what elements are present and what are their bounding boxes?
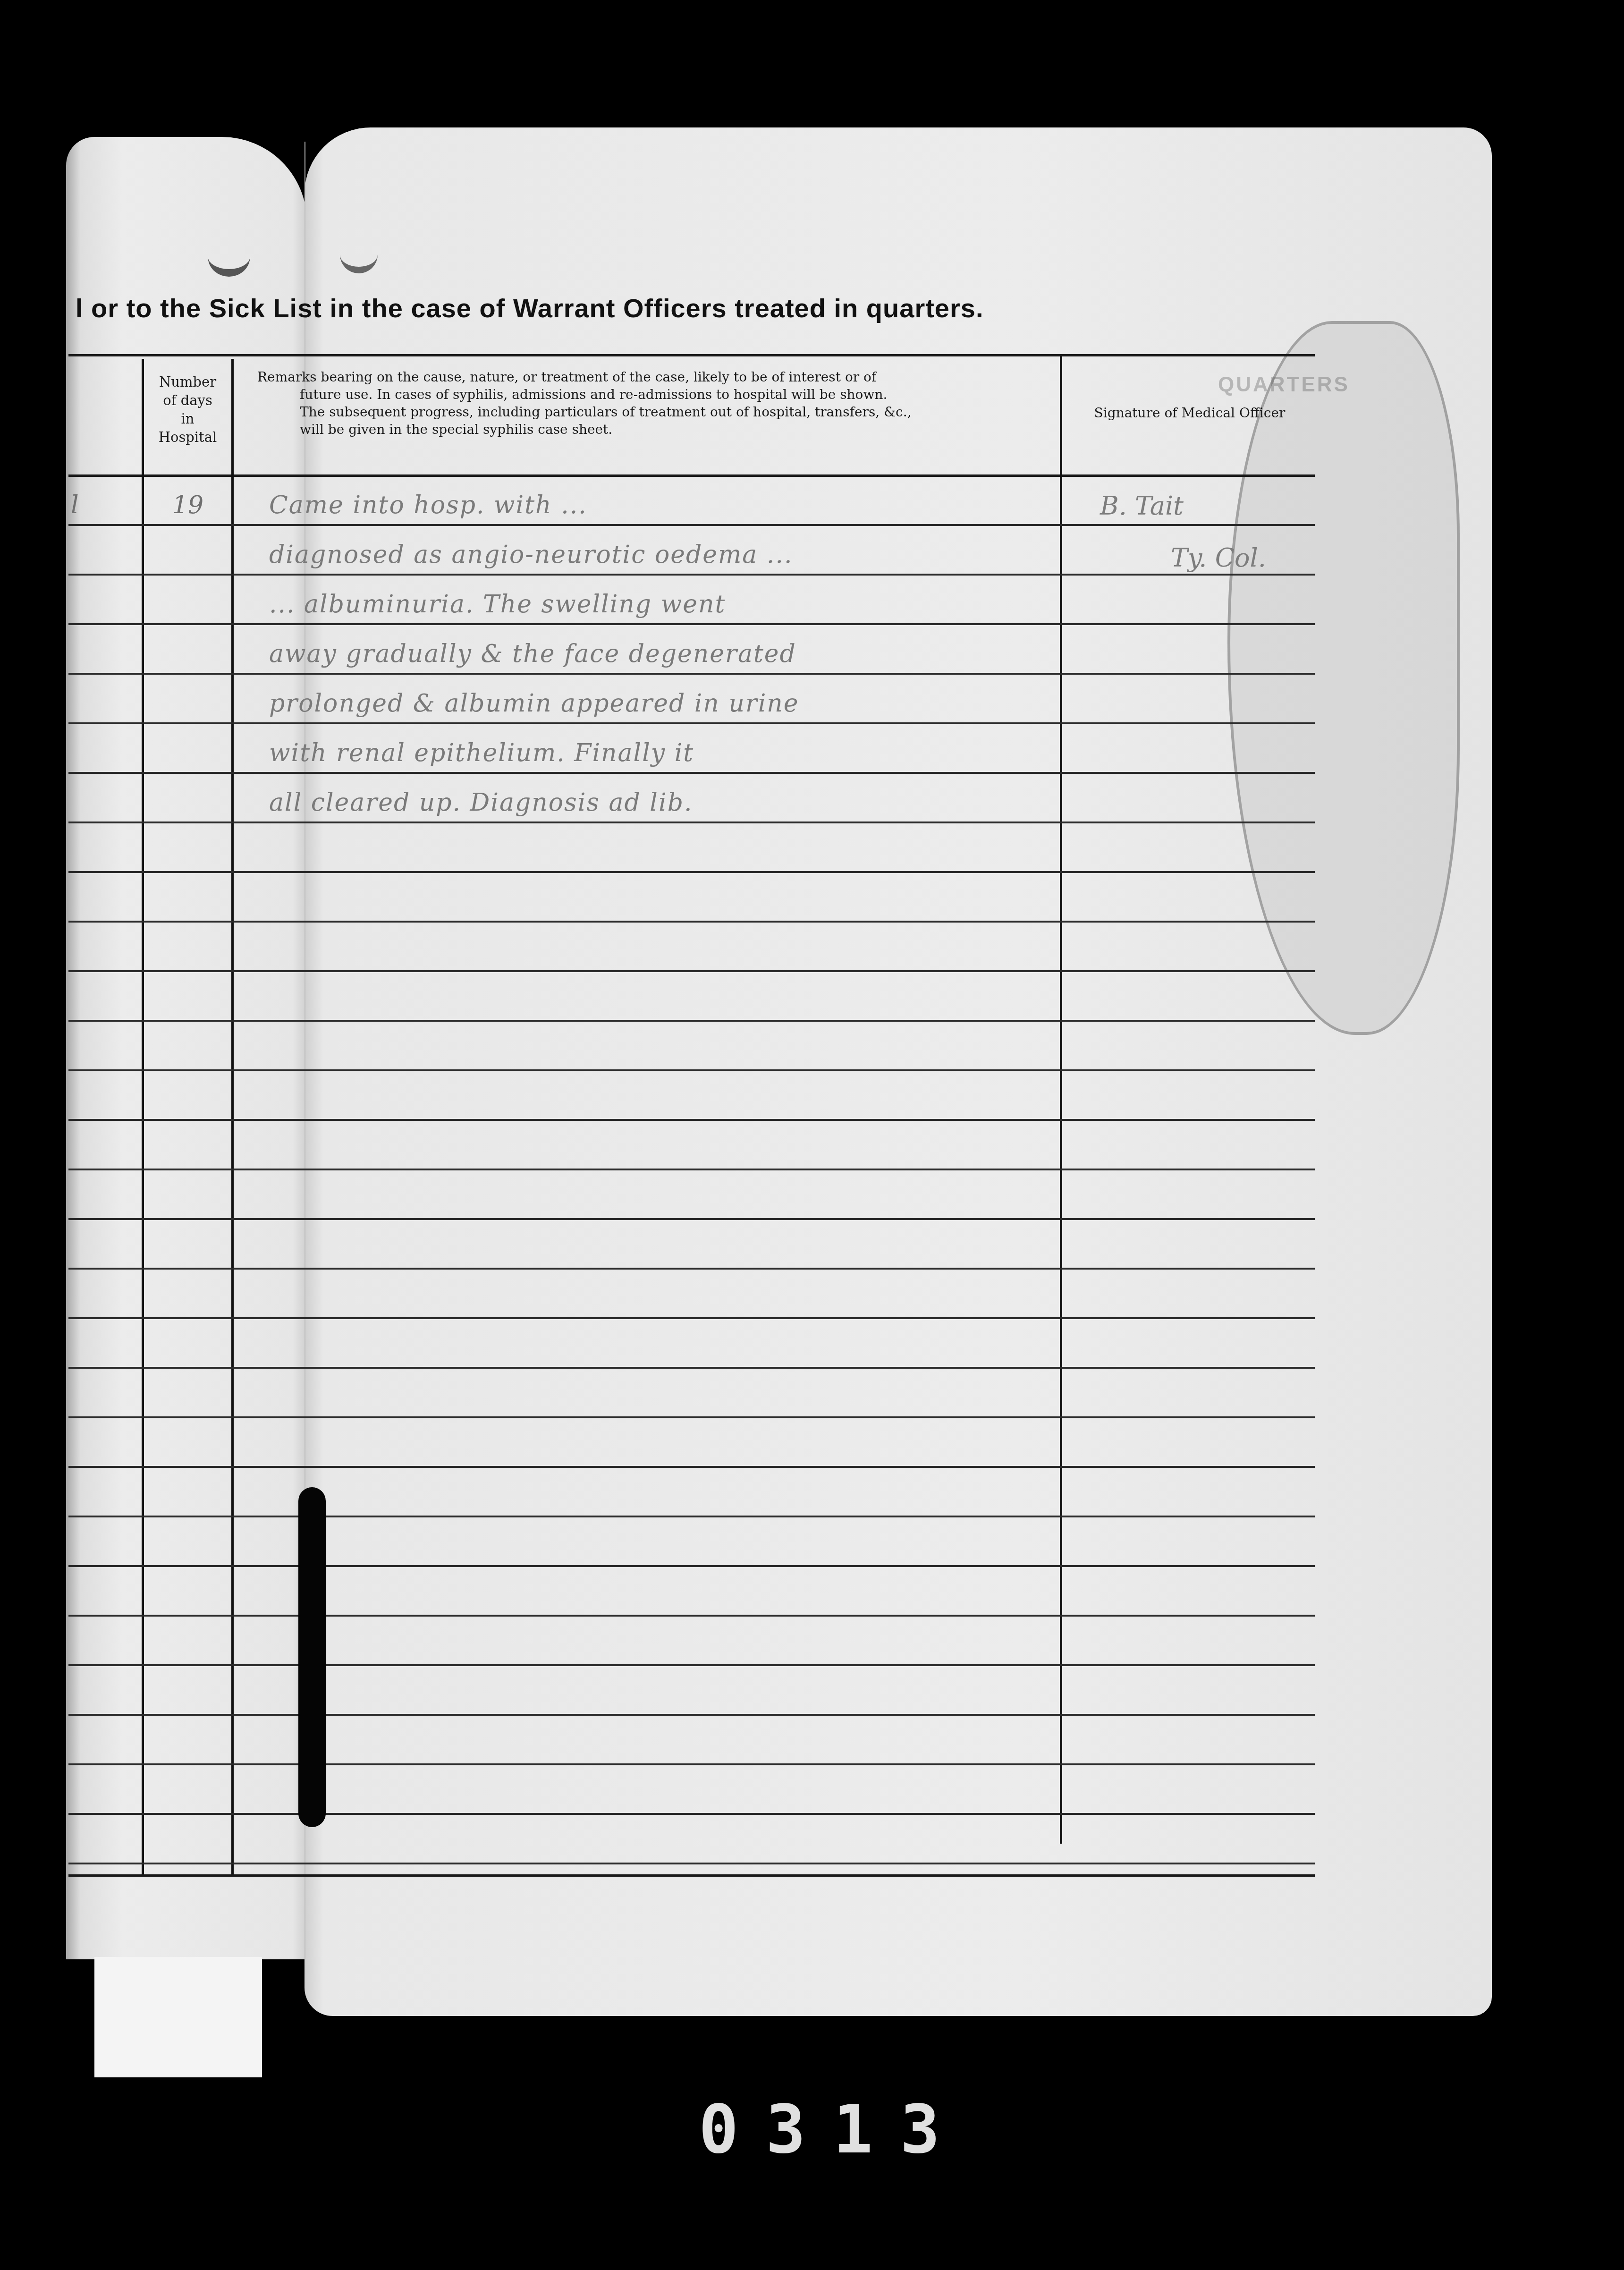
row-rule bbox=[68, 1416, 1315, 1418]
row-rule bbox=[68, 1714, 1315, 1716]
row-rule bbox=[68, 1169, 1315, 1170]
row-rule bbox=[68, 1317, 1315, 1319]
binding-shadow bbox=[298, 1487, 326, 1827]
page-title: l or to the Sick List in the case of War… bbox=[76, 293, 1161, 323]
row-rule bbox=[68, 1268, 1315, 1270]
row-rule bbox=[68, 772, 1315, 774]
remarks-line-7: all cleared up. Diagnosis ad lib. bbox=[269, 788, 693, 817]
entry-days-in-hospital: 19 bbox=[172, 491, 203, 519]
row-rule bbox=[68, 1615, 1315, 1617]
row-rule bbox=[68, 1020, 1315, 1022]
row-rule bbox=[68, 574, 1315, 576]
row-rule bbox=[68, 673, 1315, 675]
film-label-blank bbox=[94, 1957, 262, 2077]
remarks-line-3: ... albuminuria. The swelling went bbox=[269, 590, 726, 618]
row-rule bbox=[68, 623, 1315, 625]
row-rule bbox=[68, 1813, 1315, 1815]
row-rule bbox=[68, 921, 1315, 923]
remarks-line-2: diagnosed as angio-neurotic oedema ... bbox=[269, 541, 793, 569]
row-rule bbox=[68, 1119, 1315, 1121]
remarks-line-4: away gradually & the face degenerated bbox=[269, 640, 796, 668]
header-bottom-rule bbox=[68, 474, 1315, 477]
remarks-line-1: Came into hosp. with ... bbox=[269, 491, 587, 519]
row-rule bbox=[68, 524, 1315, 526]
header-remarks: Remarks bearing on the cause, nature, or… bbox=[257, 368, 1055, 438]
row-rule bbox=[68, 871, 1315, 873]
header-remarks-line: future use. In cases of syphilis, admiss… bbox=[257, 386, 1055, 403]
header-remarks-line: will be given in the special syphilis ca… bbox=[257, 421, 1055, 438]
header-remarks-line: The subsequent progress, including parti… bbox=[257, 403, 1055, 421]
remarks-line-6: with renal epithelium. Finally it bbox=[269, 739, 694, 767]
row-rule bbox=[68, 1664, 1315, 1666]
row-rule bbox=[68, 722, 1315, 724]
header-days-line: of days bbox=[144, 391, 231, 410]
row-rule bbox=[68, 1069, 1315, 1071]
row-rule bbox=[68, 1466, 1315, 1468]
table-top-rule bbox=[68, 354, 1315, 356]
row-rule bbox=[68, 1565, 1315, 1567]
row-rule bbox=[68, 1863, 1315, 1864]
frame-counter: 0313 bbox=[699, 2092, 967, 2168]
header-days-in-hospital: Number of days in Hospital bbox=[144, 373, 231, 447]
column-divider-1 bbox=[142, 359, 144, 1874]
remarks-line-5: prolonged & albumin appeared in urine bbox=[269, 689, 799, 718]
row-rule bbox=[68, 1367, 1315, 1369]
header-signature: Signature of Medical Officer bbox=[1067, 405, 1312, 421]
stamp-ghost: QUARTERS bbox=[1218, 373, 1350, 397]
column-divider-2 bbox=[231, 359, 234, 1874]
header-remarks-line: Remarks bearing on the cause, nature, or… bbox=[257, 368, 1055, 386]
signature-name: B. Tait bbox=[1100, 491, 1184, 521]
binding-hole-stain-right bbox=[340, 236, 378, 273]
row-rule bbox=[68, 1516, 1315, 1517]
row-rule bbox=[68, 1218, 1315, 1220]
binding-hole-stain-left bbox=[208, 236, 250, 277]
column-divider-signature bbox=[1060, 356, 1062, 1844]
row-rule bbox=[68, 822, 1315, 823]
header-days-line: in bbox=[144, 410, 231, 428]
table-bottom-rule bbox=[68, 1874, 1315, 1877]
row-rule bbox=[68, 970, 1315, 972]
header-days-line: Hospital bbox=[144, 428, 231, 447]
entry-left-fragment: l bbox=[71, 491, 79, 519]
header-days-line: Number bbox=[144, 373, 231, 391]
row-rule bbox=[68, 1763, 1315, 1765]
signature-rank: Ty. Col. bbox=[1171, 543, 1266, 573]
